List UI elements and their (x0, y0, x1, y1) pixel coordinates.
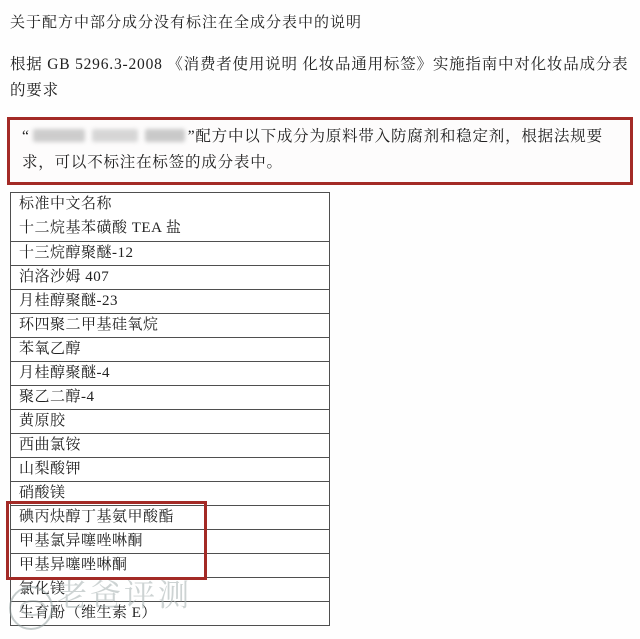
table-row: 环四聚二甲基硅氧烷 (11, 313, 329, 337)
table-row: 甲基氯异噻唑啉酮 (11, 529, 329, 553)
table-row: 西曲氯铵 (11, 433, 329, 457)
document-page: 关于配方中部分成分没有标注在全成分表中的说明 根据 GB 5296.3-2008… (0, 0, 640, 639)
table-row: 苯氧乙醇 (11, 337, 329, 361)
ingredient-table: 标准中文名称 十二烷基苯磺酸 TEA 盐十三烷醇聚醚-12泊洛沙姆 407月桂醇… (10, 192, 330, 626)
table-row: 黄原胶 (11, 409, 329, 433)
redacted-product-name (33, 125, 185, 150)
table-header: 标准中文名称 (11, 193, 329, 217)
table-row: 氯化镁 (11, 577, 329, 601)
table-row: 月桂醇聚醚-4 (11, 361, 329, 385)
table-row: 硝酸镁 (11, 481, 329, 505)
notice-box: “”配方中以下成分为原料带入防腐剂和稳定剂，根据法规要求，可以不标注在标签的成分… (7, 117, 633, 185)
page-title: 关于配方中部分成分没有标注在全成分表中的说明 (10, 11, 362, 32)
table-row: 十二烷基苯磺酸 TEA 盐 (11, 217, 329, 241)
table-body: 十二烷基苯磺酸 TEA 盐十三烷醇聚醚-12泊洛沙姆 407月桂醇聚醚-23环四… (11, 217, 329, 625)
table-row: 十三烷醇聚醚-12 (11, 241, 329, 265)
table-row: 月桂醇聚醚-23 (11, 289, 329, 313)
table-row: 泊洛沙姆 407 (11, 265, 329, 289)
table-row: 生育酚（维生素 E） (11, 601, 329, 625)
table-row: 碘丙炔醇丁基氨甲酸酯 (11, 505, 329, 529)
open-quote: “ (22, 128, 30, 145)
intro-paragraph: 根据 GB 5296.3-2008 《消费者使用说明 化妆品通用标签》实施指南中… (10, 52, 636, 104)
table-row: 甲基异噻唑啉酮 (11, 553, 329, 577)
table-row: 聚乙二醇-4 (11, 385, 329, 409)
table-row: 山梨酸钾 (11, 457, 329, 481)
